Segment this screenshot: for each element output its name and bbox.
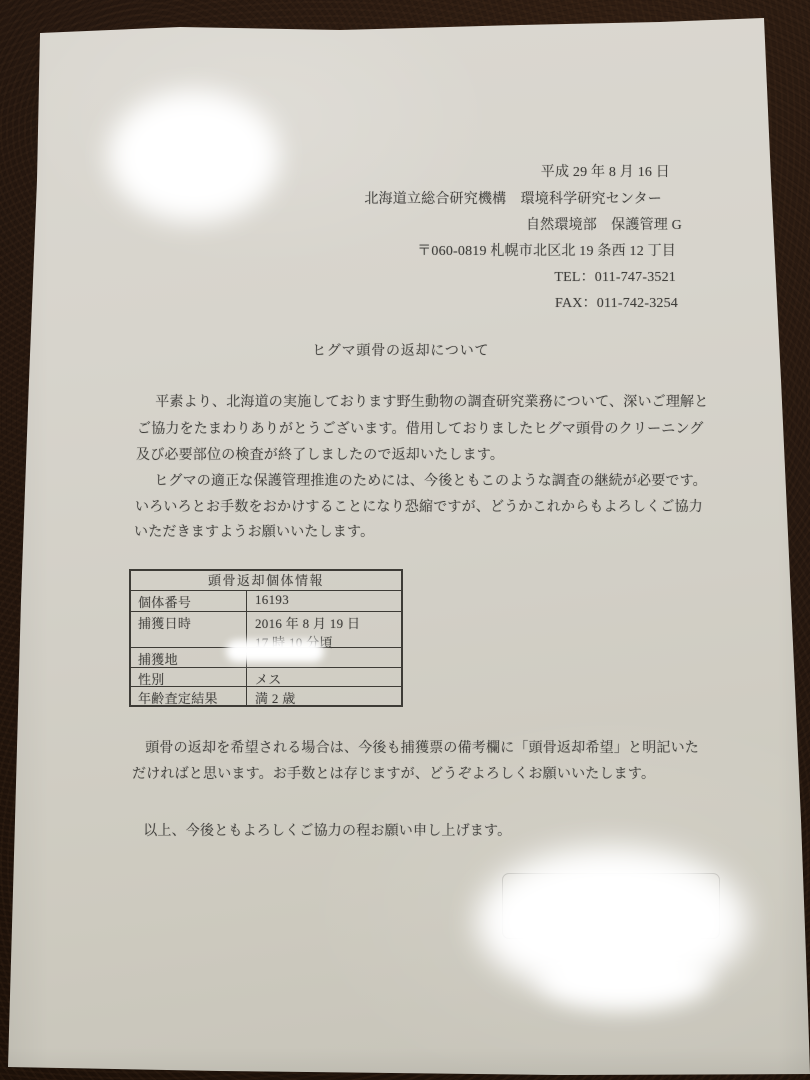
redaction-blob-recipient — [108, 90, 280, 222]
redaction-blob-capture-site — [226, 640, 324, 662]
sender-address: 〒060-0819 札幌市北区北 19 条西 12 丁目 — [417, 240, 676, 260]
row-label: 個体番号 — [131, 591, 247, 611]
document-title: ヒグマ頭骨の返却について — [312, 340, 489, 360]
body-paragraph1-line: ご協力をたまわりありがとうございます。借用しておりましたヒグマ頭骨のクリーニング — [137, 418, 704, 438]
row-label: 年齢査定結果 — [131, 687, 247, 705]
table-row-id: 個体番号 16193 — [131, 591, 401, 612]
body-paragraph1-line: 及び必要部位の検査が終了しましたので返却いたします。 — [136, 444, 504, 464]
row-value: メス — [247, 668, 401, 686]
row-value: 16193 — [247, 591, 401, 611]
date-line: 平成 29 年 8 月 16 日 — [541, 161, 670, 181]
specimen-info-table: 頭骨返却個体情報 個体番号 16193 捕獲日時 2016 年 8 月 19 日… — [129, 569, 403, 707]
sender-organization: 北海道立総合研究機構 環境科学研究センター — [364, 188, 662, 208]
sender-department: 自然環境部 保護管理 G — [526, 214, 682, 234]
body-paragraph2-line: いただきますようお願いいたします。 — [134, 521, 374, 541]
row-label: 性別 — [131, 668, 247, 686]
closing-line: だければと思います。お手数とは存じますが、どうぞよろしくお願いいたします。 — [132, 763, 655, 783]
final-line: 以上、今後ともよろしくご協力の程お願い申し上げます。 — [129, 820, 511, 840]
capture-date: 2016 年 8 月 19 日 — [255, 613, 401, 632]
paper-document: 平成 29 年 8 月 16 日 北海道立総合研究機構 環境科学研究センター 自… — [0, 0, 810, 1080]
table-row-sex: 性別 メス — [131, 668, 401, 687]
sender-tel: TEL：011-747-3521 — [554, 266, 676, 286]
closing-line: 頭骨の返却を希望される場合は、今後も捕獲票の備考欄に「頭骨返却希望」と明記いた — [131, 737, 699, 757]
body-paragraph1-line: 平素より、北海道の実施しております野生動物の調査研究業務について、深いご理解と — [141, 391, 708, 411]
body-paragraph2-line: いろいろとお手数をおかけすることになり恐縮ですが、どうかこれからもよろしくご協力 — [135, 496, 703, 516]
table-row-age: 年齢査定結果 満 2 歳 — [131, 687, 401, 705]
row-value: 満 2 歳 — [247, 687, 401, 705]
table-title: 頭骨返却個体情報 — [131, 571, 401, 591]
body-paragraph2-line: ヒグマの適正な保護管理推進のためには、今後ともこのような調査の継続が必要です。 — [140, 470, 707, 490]
redaction-blob-stamp-lower — [540, 950, 710, 1008]
sender-fax: FAX：011-742-3254 — [555, 292, 678, 312]
